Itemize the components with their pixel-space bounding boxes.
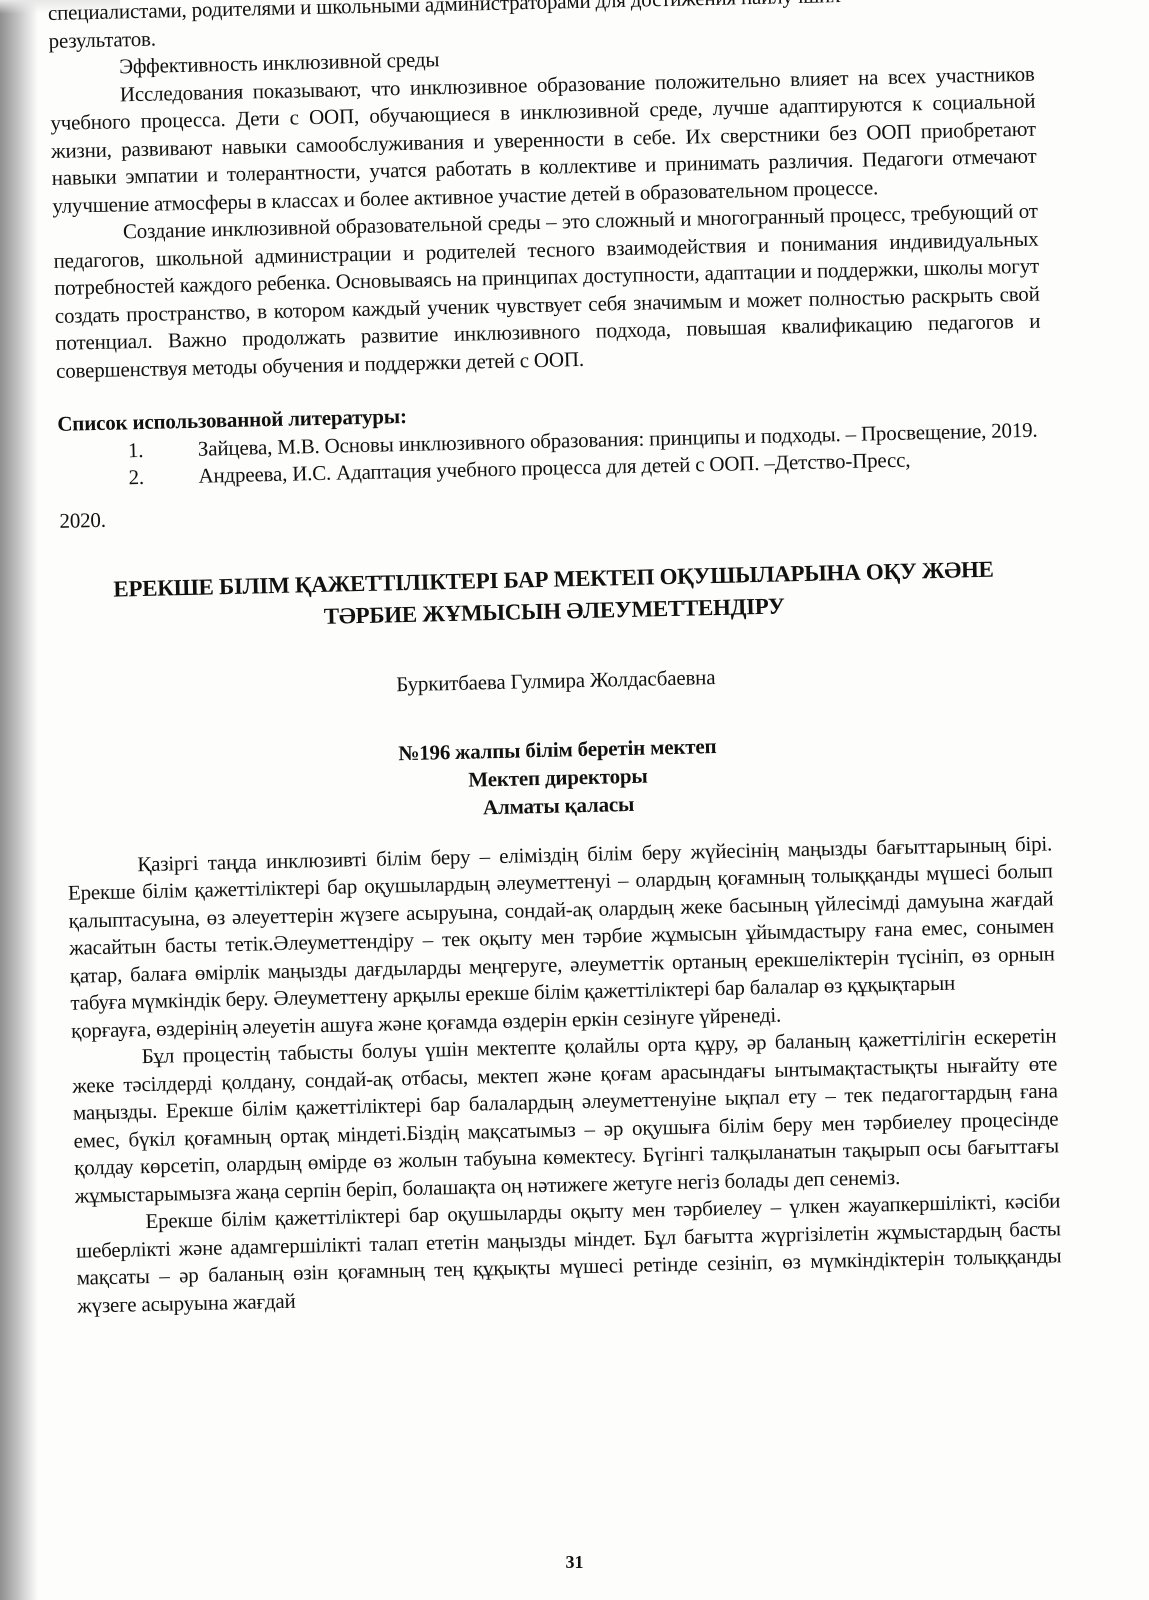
article-title-line-2: ТӘРБИЕ ЖҰМЫСЫН ӘЛЕУМЕТТЕНДІРУ [324, 593, 785, 628]
reference-text-continued: 2020. [59, 485, 1044, 535]
page-content: специалистами, родителями и школьными ад… [48, 0, 1062, 1320]
article-title-line-1: ЕРЕКШЕ БІЛІМ ҚАЖЕТТІЛІКТЕРІ БАР МЕКТЕП О… [113, 557, 994, 602]
article-paragraph-2: Бұл процестің табысты болуы үшін мектепт… [71, 1022, 1059, 1209]
reference-number: 2. [58, 463, 199, 494]
article-paragraph-3: Ерекше білім қажеттіліктері бар оқушылар… [75, 1187, 1062, 1319]
article-paragraph-1: Қазіргі таңда инклюзивті білім беру – ел… [67, 830, 1055, 1017]
paragraph-effectiveness: Исследования показывают, что инклюзивное… [50, 60, 1038, 220]
page-edge-shadow [0, 0, 38, 1600]
page-number: 31 [0, 1552, 1149, 1573]
author-affiliation: №196 жалпы білім беретін мектеп Мектеп д… [65, 724, 1052, 830]
article-author: Буркитбаева Гулмира Жолдасбаевна [63, 656, 1048, 706]
scanned-page: специалистами, родителями и школьными ад… [0, 0, 1149, 1600]
reference-number: 1. [58, 435, 199, 466]
paragraph-conclusion: Создание инклюзивной образовательной сре… [53, 198, 1041, 385]
article-title: ЕРЕКШЕ БІЛІМ ҚАЖЕТТІЛІКТЕРІ БАР МЕКТЕП О… [61, 553, 1047, 639]
